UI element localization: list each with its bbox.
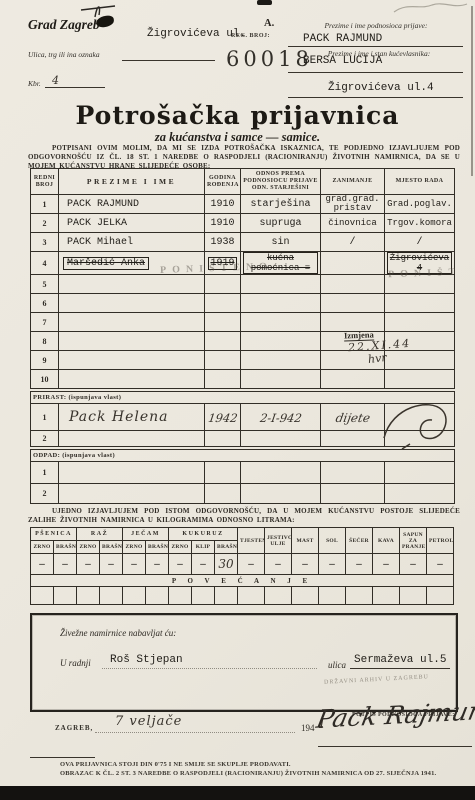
prirast-name-handwritten: Pack Helena	[59, 404, 205, 431]
odpad-empty-cell	[385, 484, 455, 504]
stock-empty-cell	[123, 587, 146, 605]
pencil-scribble-top-right	[390, 0, 470, 16]
member-year	[205, 370, 241, 389]
member-year	[205, 332, 241, 351]
member-row-1: 1 PACK RAJMUND 1910 starješina grad.grad…	[31, 195, 455, 214]
reg-number-label: REG. BROJ:	[231, 33, 270, 39]
owner-line	[288, 72, 463, 73]
member-relation	[241, 294, 321, 313]
signoff-date-handwritten: 7 veljače	[115, 714, 182, 729]
member-relation	[241, 370, 321, 389]
member-relation	[241, 275, 321, 294]
col-header-year: GODINA ROĐENJA	[205, 169, 241, 195]
street-field-label: Ulica, trg ili ina oznaka	[28, 50, 100, 59]
odpad-empty-cell	[241, 484, 321, 504]
member-row-2: 2 PACK JELKA 1910 supruga činovnica Trgo…	[31, 214, 455, 233]
header-jestivo-ulje: JESTIVO ULJE	[265, 528, 292, 554]
stock-value: –	[100, 554, 123, 575]
odpad-empty-cell	[385, 462, 455, 484]
stock-value: –	[169, 554, 192, 575]
stock-empty-cell	[54, 587, 77, 605]
stock-value-kukuruz-brasno-handwritten: 30	[215, 554, 238, 575]
member-occupation: grad.grad. pristav	[321, 195, 385, 214]
cancelled-name: Maršedić Anka	[63, 257, 149, 270]
header-petrolej: PETROLEJ	[427, 528, 454, 554]
stocks-values-row: – – – – – – – – 30 – – – – – – – –	[31, 554, 454, 575]
col-header-num: REDNI BROJ	[31, 169, 59, 195]
member-occupation: /	[321, 233, 385, 252]
header-sapun: SAPUN ZA PRANJE	[400, 528, 427, 554]
subheader-brasno: BRAŠNO	[54, 541, 77, 554]
form-subtitle: za kućanstva i samce — samice.	[0, 130, 475, 145]
col-header-workplace: MJESTO RADA	[385, 169, 455, 195]
row-num: 8	[31, 332, 59, 351]
kbr-value-handwritten: 4	[52, 74, 59, 87]
odpad-table: ODPAD: (ispunjava vlast) 1 2	[30, 449, 455, 504]
member-occupation	[321, 313, 385, 332]
member-occupation: činovnica	[321, 214, 385, 233]
stock-value: –	[373, 554, 400, 575]
stock-empty-cell	[100, 587, 123, 605]
purchase-intro: Živežne namirnice nabavljat ću:	[60, 628, 176, 638]
odpad-empty-cell	[205, 484, 241, 504]
member-workplace	[385, 351, 455, 370]
city-title: Grad Zagreb	[28, 17, 100, 33]
group-header-psenica: PŠENICA	[31, 528, 77, 541]
street-field-line	[122, 60, 215, 61]
signoff-date-line	[95, 732, 295, 733]
member-name: PACK JELKA	[59, 214, 205, 233]
member-year: 1938	[205, 233, 241, 252]
member-occupation	[321, 294, 385, 313]
header-secer: ŠEĆER	[346, 528, 373, 554]
odpad-label: ODPAD: (ispunjava vlast)	[31, 450, 455, 462]
stock-value: –	[346, 554, 373, 575]
stock-value: –	[31, 554, 54, 575]
stock-empty-cell	[400, 587, 427, 605]
col-header-occupation: ZANIMANJE	[321, 169, 385, 195]
stock-empty-cell	[346, 587, 373, 605]
row-num: 5	[31, 275, 59, 294]
kbr-label: Kbr.	[28, 79, 41, 88]
signoff-city-label: ZAGREB,	[55, 724, 93, 732]
scan-edge-bottom	[0, 786, 475, 800]
shop-name-typed: Roš Stjepan	[110, 654, 183, 666]
stock-value: –	[54, 554, 77, 575]
stock-empty-cell	[373, 587, 400, 605]
shop-street-typed: Sermaževa ul.5	[354, 654, 446, 666]
member-workplace: Trgov.komora	[385, 214, 455, 233]
member-relation	[241, 313, 321, 332]
header-mast: MAST	[292, 528, 319, 554]
stock-value: –	[123, 554, 146, 575]
row-num: 10	[31, 370, 59, 389]
subheader-zrno: ZRNO	[77, 541, 100, 554]
row-num: 2	[31, 214, 59, 233]
row-num: 6	[31, 294, 59, 313]
member-workplace	[385, 370, 455, 389]
prirast-date	[241, 431, 321, 447]
intro-paragraph: POTPISANI OVIM MOLIM, DA MI SE IZDA POTR…	[28, 144, 460, 171]
prirast-date-handwritten: 2-I-942	[239, 404, 323, 431]
applicant-name: PACK RAJMUND	[303, 33, 382, 45]
member-year: 1910	[205, 195, 241, 214]
row-num: 9	[31, 351, 59, 370]
member-name: PACK Mihael	[59, 233, 205, 252]
stock-empty-cell	[31, 587, 54, 605]
member-workplace: Grad.poglav.	[385, 195, 455, 214]
footer-note-2: OBRAZAC K ČL. 2 ST. 3 NAREDBE O RASPODJE…	[60, 770, 436, 777]
stock-empty-cell	[319, 587, 346, 605]
member-row-9: 9	[31, 351, 455, 370]
row-num: 2	[31, 431, 59, 447]
stock-empty-cell	[292, 587, 319, 605]
signoff-year-printed: 194	[301, 723, 315, 733]
applicant-label: Prezime i ime podnosioca prijave:	[290, 21, 462, 30]
archive-stamp: DRŽAVNI ARHIV U ZAGREBU	[324, 674, 429, 685]
member-year: 1910	[205, 214, 241, 233]
member-relation: supruga	[241, 214, 321, 233]
member-occupation	[321, 275, 385, 294]
member-workplace: /	[385, 233, 455, 252]
stock-empty-cell	[427, 587, 454, 605]
member-name	[59, 351, 205, 370]
izmjena-initials-handwritten: hvr	[367, 351, 387, 366]
odpad-empty-cell	[59, 484, 205, 504]
street-field-label-2: ulica	[328, 660, 346, 670]
col-header-name: PREZIME I IME	[59, 169, 205, 195]
member-name	[59, 294, 205, 313]
row-num: 1	[31, 404, 59, 431]
stock-empty-cell	[192, 587, 215, 605]
member-name	[59, 370, 205, 389]
stock-value: –	[292, 554, 319, 575]
applicant-line	[288, 46, 463, 47]
group-header-raz: RAŽ	[77, 528, 123, 541]
povecanje-row-label: P O V E Ć A N J E	[31, 575, 454, 587]
row-num: 1	[31, 462, 59, 484]
group-header-kukuruz: KUKURUZ	[169, 528, 238, 541]
subheader-klip: KLIP	[192, 541, 215, 554]
stock-empty-cell	[265, 587, 292, 605]
stock-value: –	[146, 554, 169, 575]
cancelled-occupation	[321, 252, 385, 275]
member-year	[205, 351, 241, 370]
footer-note-1: OVA PRIJAVNICA STOJI DIN 0'75 I NE SMIJE…	[60, 761, 291, 768]
member-workplace	[385, 313, 455, 332]
member-relation	[241, 332, 321, 351]
member-workplace	[385, 294, 455, 313]
member-relation: starješina	[241, 195, 321, 214]
member-relation: sin	[241, 233, 321, 252]
member-name	[59, 332, 205, 351]
subheader-brasno: BRAŠNO	[146, 541, 169, 554]
subheader-zrno: ZRNO	[123, 541, 146, 554]
stock-value: –	[319, 554, 346, 575]
purchase-declaration-box: Živežne namirnice nabavljat ću: U radnji…	[30, 613, 458, 712]
header-tjestenine: TJESTENINE	[238, 528, 265, 554]
scan-mark-top	[257, 0, 272, 5]
shop-name-line	[102, 668, 317, 669]
member-name: PACK RAJMUND	[59, 195, 205, 214]
stock-value: –	[238, 554, 265, 575]
shop-street-line	[350, 668, 450, 669]
row-num: 3	[31, 233, 59, 252]
member-row-10: 10	[31, 370, 455, 389]
odpad-empty-cell	[321, 462, 385, 484]
stocks-increase-empty-row	[31, 587, 454, 605]
subheader-brasno: BRAŠNO	[100, 541, 123, 554]
member-year	[205, 313, 241, 332]
row-num: 2	[31, 484, 59, 504]
odpad-empty-cell	[241, 462, 321, 484]
member-name	[59, 313, 205, 332]
member-occupation	[321, 370, 385, 389]
member-row-6: 6	[31, 294, 455, 313]
stock-value: –	[400, 554, 427, 575]
stocks-intro-paragraph: UJEDNO IZJAVLJUJEM POD ISTOM ODGOVORNOŠĆ…	[28, 507, 460, 525]
group-header-jecam: JEČAM	[123, 528, 169, 541]
subheader-zrno: ZRNO	[31, 541, 54, 554]
footer-separator-line	[30, 757, 95, 758]
odpad-empty-cell	[59, 462, 205, 484]
header-sol: SOL	[319, 528, 346, 554]
row-num: 1	[31, 195, 59, 214]
odpad-empty-cell	[321, 484, 385, 504]
prirast-note-handwritten: dijete	[318, 404, 387, 431]
member-row-7: 7	[31, 313, 455, 332]
prirast-name	[59, 431, 205, 447]
food-stocks-table: PŠENICA RAŽ JEČAM KUKURUZ TJESTENINE JES…	[30, 527, 454, 605]
member-row-3: 3 PACK Mihael 1938 sin / /	[31, 233, 455, 252]
stock-empty-cell	[77, 587, 100, 605]
odpad-empty-cell	[205, 462, 241, 484]
prirast-year	[205, 431, 241, 447]
row-num: 4	[31, 252, 59, 275]
stock-value: –	[427, 554, 454, 575]
stock-empty-cell	[238, 587, 265, 605]
prirast-year-handwritten: 1942	[203, 404, 243, 431]
header-kava: KAVA	[373, 528, 400, 554]
scan-edge-right	[471, 6, 473, 176]
prirast-note	[321, 431, 385, 447]
owner-address: Žigrovićeva ul.4	[328, 82, 434, 94]
odpad-row-2: 2	[31, 484, 455, 504]
owner-address-line	[288, 97, 463, 98]
subheader-brasno: BRAŠNO	[215, 541, 238, 554]
stock-empty-cell	[215, 587, 238, 605]
form-title: Potrošačka prijavnica	[0, 101, 475, 130]
handwritten-flourish	[380, 398, 460, 450]
row-num: 7	[31, 313, 59, 332]
owner-name: BERSA LUCIJA	[303, 55, 382, 67]
stock-empty-cell	[146, 587, 169, 605]
shop-field-label: U radnji	[60, 658, 91, 668]
stock-value: –	[192, 554, 215, 575]
section-letter: A.	[264, 18, 274, 29]
member-name	[59, 275, 205, 294]
col-header-relation: ODNOS PREMA PODNOSIOCU PRIJAVE ODN. STAR…	[241, 169, 321, 195]
subheader-zrno: ZRNO	[169, 541, 192, 554]
member-year	[205, 275, 241, 294]
stock-value: –	[77, 554, 100, 575]
signature-line	[318, 746, 472, 747]
member-year	[205, 294, 241, 313]
kbr-line	[45, 87, 105, 88]
odpad-row-1: 1	[31, 462, 455, 484]
member-relation	[241, 351, 321, 370]
scanned-form-page: Grad Zagreb Ulica, trg ili ina oznaka Kb…	[0, 0, 475, 800]
stock-empty-cell	[169, 587, 192, 605]
stock-value: –	[265, 554, 292, 575]
